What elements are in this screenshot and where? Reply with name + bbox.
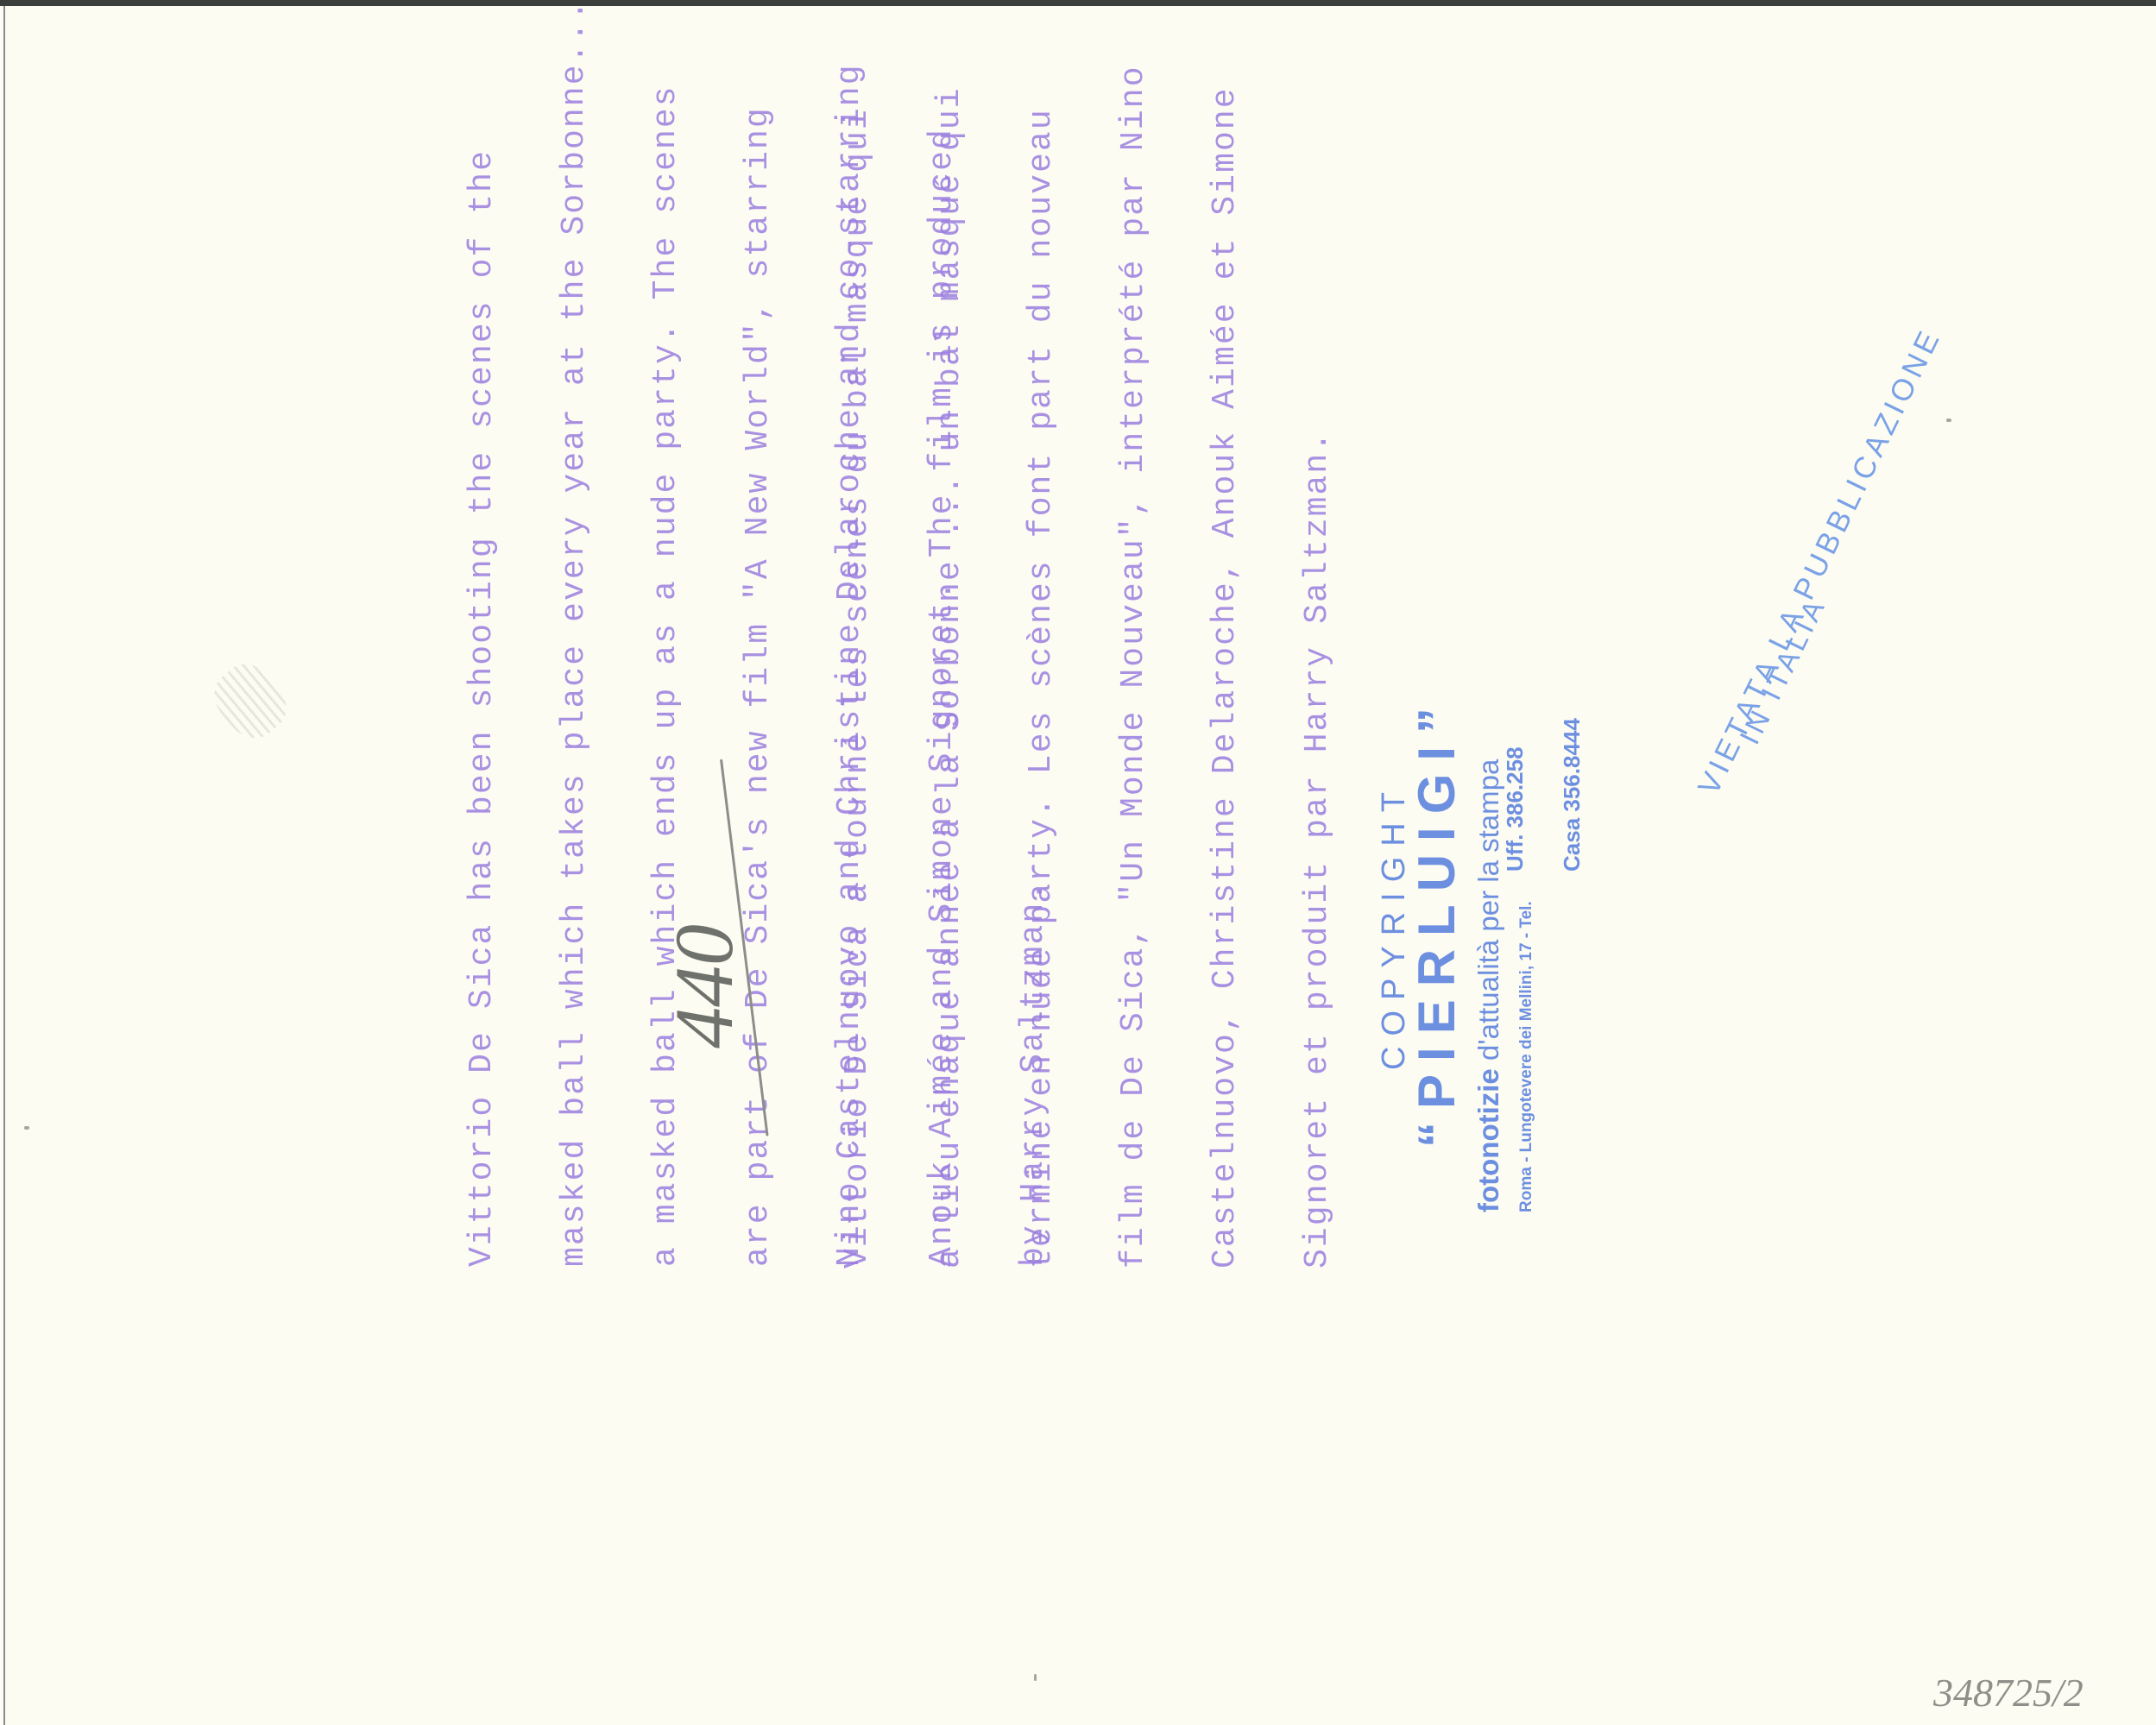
scan-left-edge <box>3 6 5 1725</box>
copyright-stamp-phones: Uff. 386.258 Casa 356.8444 <box>1467 718 1600 872</box>
caption-line: film de De Sica, "Un Monde Nouveau", int… <box>1119 65 1150 1269</box>
caption-line: Castelnuovo, Christine Delaroche, Anouk … <box>1210 65 1241 1269</box>
inventory-number: 348725/2 <box>1933 1670 2084 1716</box>
copyright-stamp-address: Roma - Lungotevere dei Mellini, 17 - Tel… <box>1517 901 1536 1212</box>
handwritten-number: 440 <box>656 924 752 1048</box>
phone-home: Casa 356.8444 <box>1562 718 1581 872</box>
caption-line: Vittorio De Sica has been shooting the s… <box>467 0 498 1267</box>
agency-bold: fotonotizie <box>1472 1068 1504 1212</box>
caption-line: masked ball which takes place every year… <box>559 0 590 1267</box>
speck <box>24 1126 29 1130</box>
phone-office: Uff. 386.258 <box>1505 718 1524 872</box>
speck <box>1034 1674 1037 1681</box>
caption-line: termine en nude party. Les scènes font p… <box>1026 65 1057 1269</box>
french-caption: Vittorio De Sica a tourné les scènes du … <box>781 65 1364 1269</box>
caption-line: a lieu chaque année à la Sorbonne ... un… <box>935 65 966 1269</box>
caption-line: Vittorio De Sica a tourné les scènes du … <box>842 65 873 1269</box>
copyright-stamp-name: “PIERLUIGI” <box>1407 695 1466 1148</box>
caption-line: a masked ball which ends up as a nude pa… <box>651 0 682 1267</box>
caption-line: Signoret et produit par Harry Saltzman. <box>1302 65 1333 1269</box>
speck <box>1946 419 1951 422</box>
